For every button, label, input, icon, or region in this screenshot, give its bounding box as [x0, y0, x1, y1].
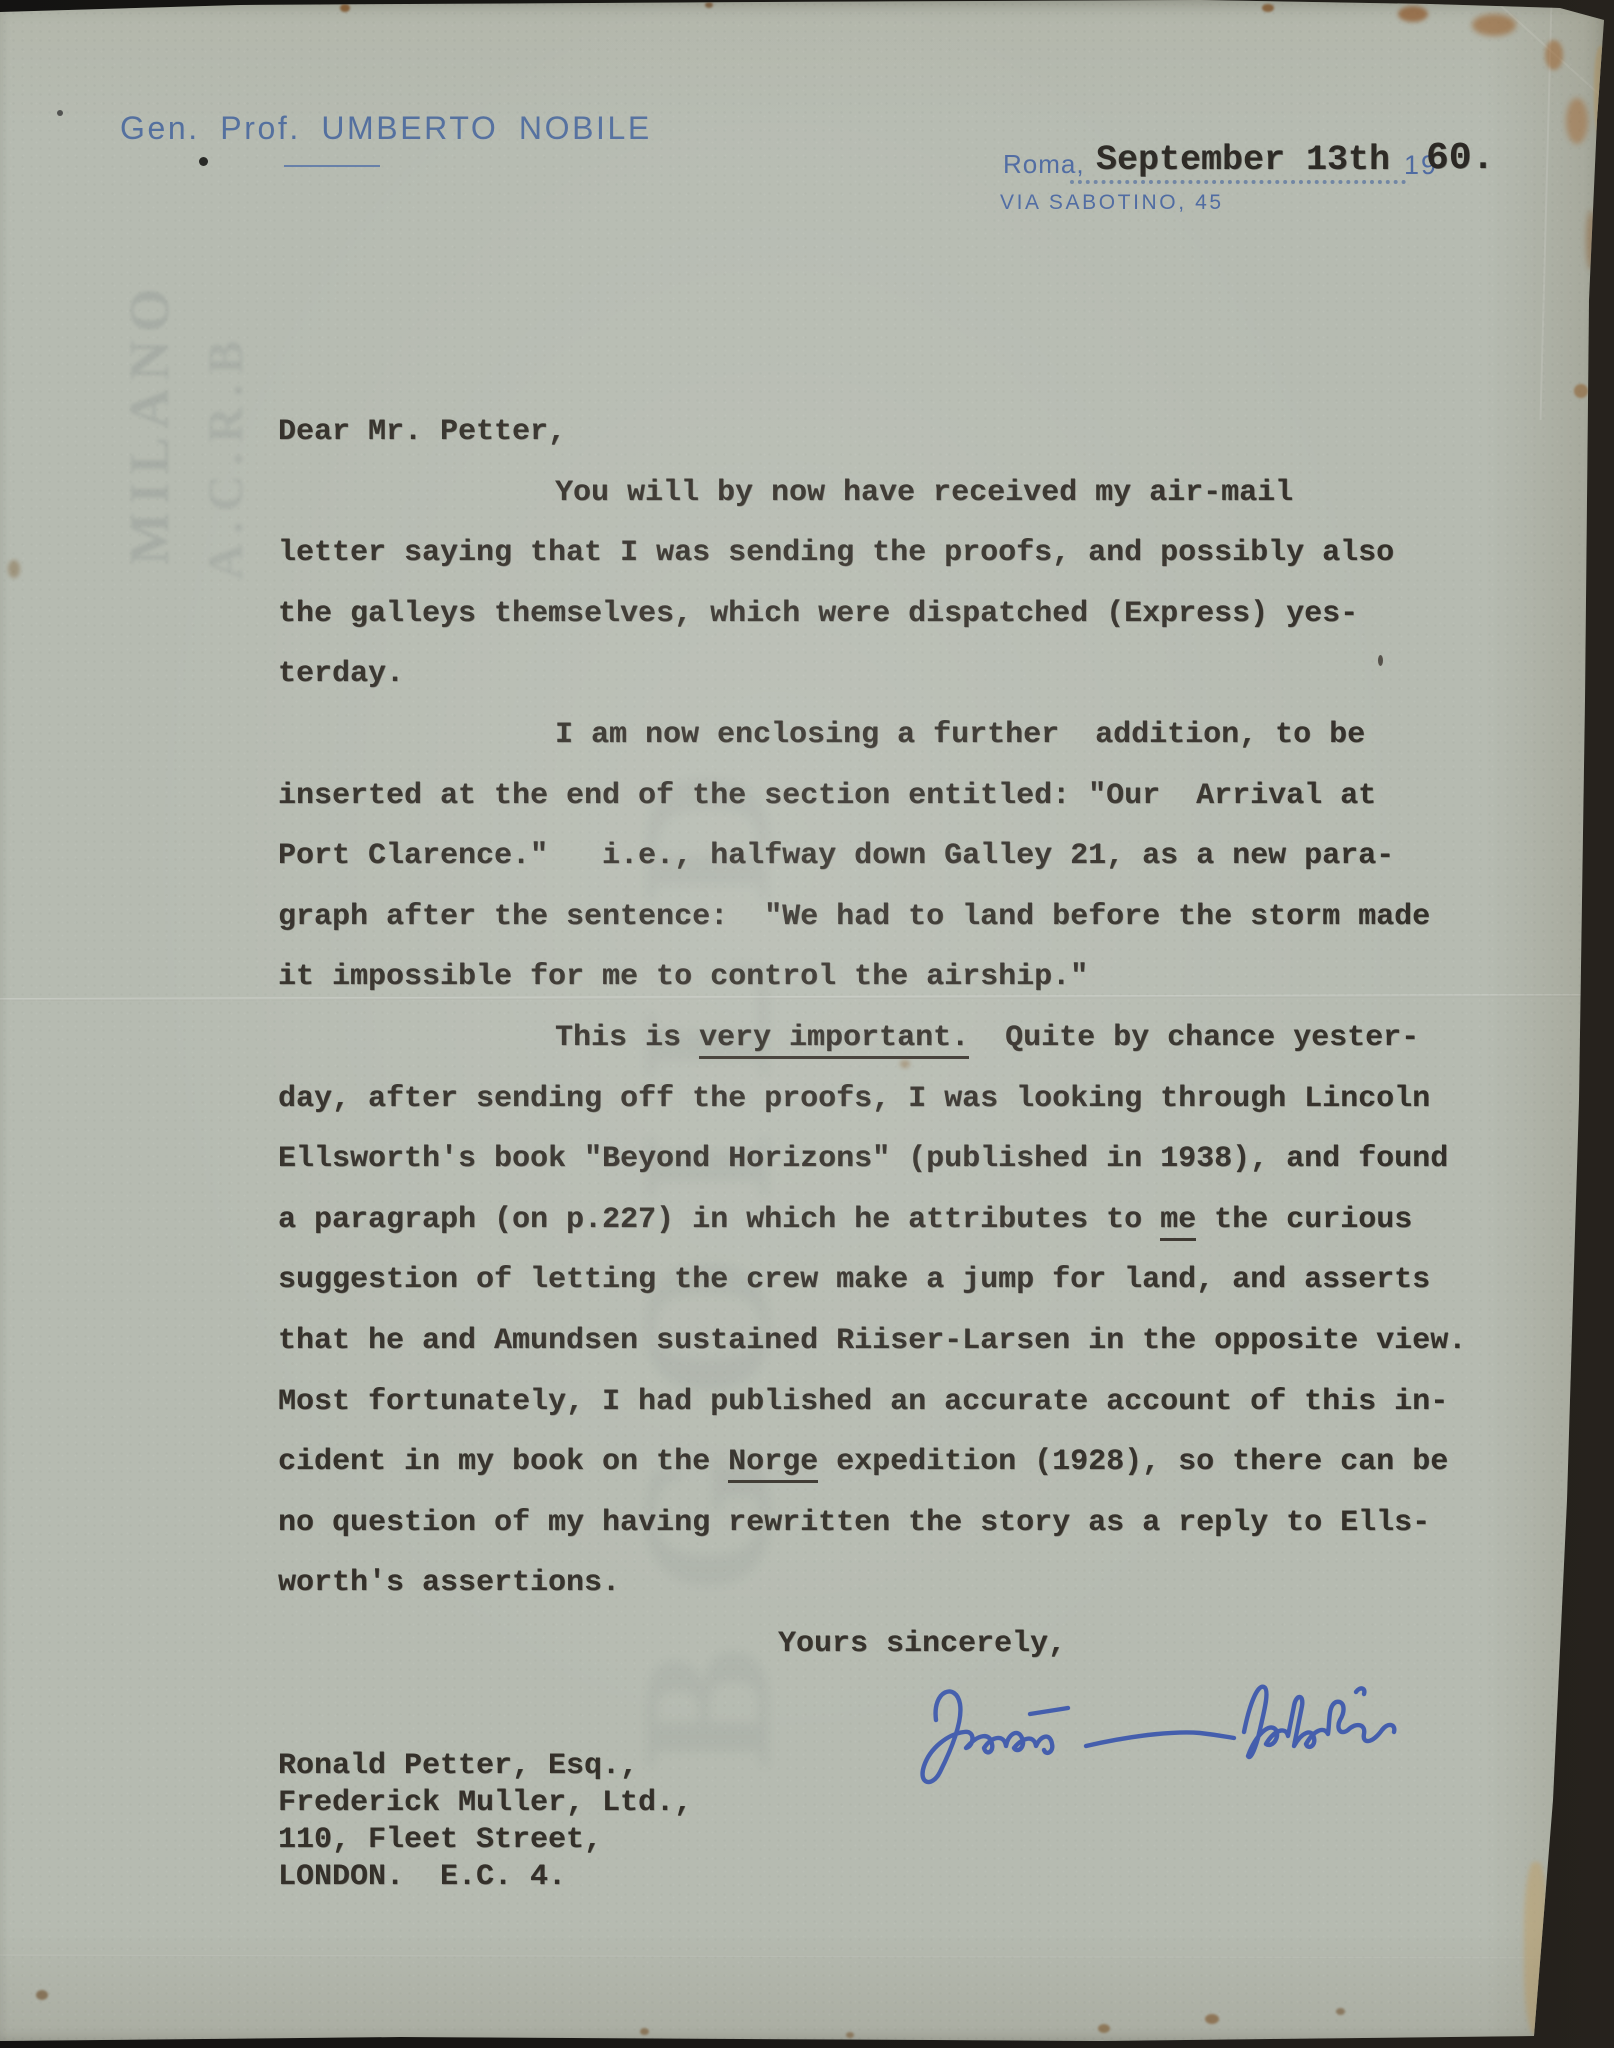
letterhead-street-address: VIA SABOTINO, 45	[1000, 191, 1224, 215]
letter-line: that he and Amundsen sustained Riiser-La…	[278, 1311, 1488, 1372]
stain-spot	[846, 2032, 854, 2038]
recipient-line: 110, Fleet Street,	[278, 1822, 692, 1859]
stain-spot	[1540, 1990, 1560, 2016]
ghost-stamp-text: A.C.R.B	[196, 250, 254, 580]
stain-spot	[1566, 98, 1588, 144]
recipient-line: Ronald Petter, Esq.,	[278, 1748, 692, 1785]
scan-background: MILANO A.C.R.B BGOILD Gen. Prof. UMBERTO…	[0, 0, 1614, 2048]
letter-line: You will by now have received my air-mai…	[555, 463, 1488, 524]
letter-line: it impossible for me to control the airs…	[278, 947, 1488, 1008]
letter-line: no question of my having rewritten the s…	[278, 1493, 1488, 1554]
stain-spot	[1336, 2008, 1345, 2015]
letterhead-rule	[284, 165, 380, 167]
signature-autograph	[888, 1668, 1436, 1808]
stain-spot	[640, 2028, 649, 2035]
stain-spot	[1472, 14, 1516, 36]
fold-crease	[0, 1955, 1560, 1960]
stain-spot	[36, 1990, 48, 2000]
letter-line: Port Clarence." i.e., halfway down Galle…	[278, 826, 1488, 887]
letter-line: I am now enclosing a further addition, t…	[555, 705, 1488, 766]
letter-body: Dear Mr. Petter,You will by now have rec…	[278, 402, 1488, 1674]
letter-line: suggestion of letting the crew make a ju…	[278, 1250, 1488, 1311]
letter-paper: MILANO A.C.R.B BGOILD Gen. Prof. UMBERTO…	[0, 0, 1614, 2048]
recipient-line: LONDON. E.C. 4.	[278, 1859, 692, 1896]
fold-crease	[1540, 0, 1553, 420]
stain-spot	[1545, 40, 1563, 70]
stain-spot	[1205, 2014, 1219, 2024]
dateline-typed-date: September 13th	[1096, 140, 1390, 180]
dateline-typed-year: 60.	[1426, 137, 1494, 180]
stain-spot	[1586, 210, 1596, 270]
letter-line: worth's assertions.	[278, 1553, 1488, 1614]
stain-spot	[1098, 2024, 1110, 2033]
letter-line: Dear Mr. Petter,	[278, 402, 1488, 463]
stain-spot	[1398, 6, 1428, 22]
recipient-line: Frederick Muller, Ltd.,	[278, 1785, 692, 1822]
fold-crease	[1428, 0, 1614, 142]
letter-line: graph after the sentence: "We had to lan…	[278, 887, 1488, 948]
ghost-stamp-text: MILANO	[118, 235, 182, 565]
letter-line: inserted at the end of the section entit…	[278, 766, 1488, 827]
dateline-dotted-rule	[1070, 180, 1406, 184]
letter-line: letter saying that I was sending the pro…	[278, 523, 1488, 584]
letter-line: the galleys themselves, which were dispa…	[278, 584, 1488, 645]
letter-line: This is very important. Quite by chance …	[555, 1008, 1488, 1069]
letterhead-dot	[199, 157, 208, 166]
stain-spot	[8, 560, 20, 578]
stain-spot	[1262, 4, 1274, 12]
letter-line: Yours sincerely,	[778, 1614, 1488, 1675]
recipient-block: Ronald Petter, Esq.,Frederick Muller, Lt…	[278, 1748, 692, 1896]
dateline-city: Roma,	[1003, 149, 1085, 180]
stain-spot	[340, 4, 350, 12]
paper-edge-tear	[1524, 1862, 1548, 2034]
letter-line: terday.	[278, 644, 1488, 705]
letter-line: day, after sending off the proofs, I was…	[278, 1069, 1488, 1130]
stain-spot	[57, 110, 63, 116]
letter-line: a paragraph (on p.227) in which he attri…	[278, 1190, 1488, 1251]
stain-spot	[705, 2, 713, 8]
letter-line: cident in my book on the Norge expeditio…	[278, 1432, 1488, 1493]
letter-line: Ellsworth's book "Beyond Horizons" (publ…	[278, 1129, 1488, 1190]
letter-line: Most fortunately, I had published an acc…	[278, 1372, 1488, 1433]
paper-edge-tear	[1594, 46, 1609, 138]
letterhead-name: Gen. Prof. UMBERTO NOBILE	[120, 110, 652, 147]
stain-spot	[1574, 384, 1588, 398]
